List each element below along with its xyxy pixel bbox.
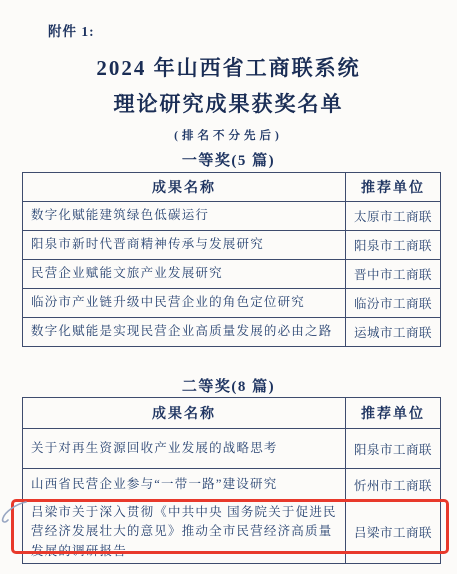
table-row: 民营企业赋能文旅产业发展研究 晋中市工商联 — [23, 260, 441, 289]
recommending-unit-cell: 忻州市工商联 — [346, 469, 441, 501]
recommending-unit-cell: 阳泉市工商联 — [346, 429, 441, 469]
recommending-unit-cell: 晋中市工商联 — [346, 260, 441, 289]
recommending-unit-cell: 临汾市工商联 — [346, 289, 441, 318]
second-prize-table: 成果名称 推荐单位 关于对再生资源回收产业发展的战略思考 阳泉市工商联 山西省民… — [22, 397, 441, 564]
scanned-document-page: 附件 1: 2024 年山西省工商联系统 理论研究成果获奖名单 (排名不分先后)… — [0, 0, 457, 574]
table-row-highlighted: 吕梁市关于深入贯彻《中共中央 国务院关于促进民营经济发展壮大的意见》推动全市民营… — [23, 501, 441, 564]
achievement-name-cell: 山西省民营企业参与“一带一路”建设研究 — [23, 469, 346, 501]
table-row: 阳泉市新时代晋商精神传承与发展研究 阳泉市工商联 — [23, 231, 441, 260]
table-row: 数字化赋能建筑绿色低碳运行 太原市工商联 — [23, 202, 441, 231]
table-row: 临汾市产业链升级中民营企业的角色定位研究 临汾市工商联 — [23, 289, 441, 318]
column-header-recommending-unit: 推荐单位 — [346, 398, 441, 429]
table-row: 山西省民营企业参与“一带一路”建设研究 忻州市工商联 — [23, 469, 441, 501]
recommending-unit-cell: 吕梁市工商联 — [346, 501, 441, 564]
achievement-name-cell: 临汾市产业链升级中民营企业的角色定位研究 — [23, 289, 346, 318]
achievement-name-cell: 数字化赋能是实现民营企业高质量发展的必由之路 — [23, 318, 346, 347]
first-prize-section-title: 一等奖(5 篇) — [0, 149, 457, 170]
achievement-name-cell: 阳泉市新时代晋商精神传承与发展研究 — [23, 231, 346, 260]
column-header-recommending-unit: 推荐单位 — [346, 173, 441, 202]
first-prize-table: 成果名称 推荐单位 数字化赋能建筑绿色低碳运行 太原市工商联 阳泉市新时代晋商精… — [22, 172, 441, 347]
column-header-achievement-name: 成果名称 — [23, 398, 346, 429]
table-row: 数字化赋能是实现民营企业高质量发展的必由之路 运城市工商联 — [23, 318, 441, 347]
recommending-unit-cell: 运城市工商联 — [346, 318, 441, 347]
table-header-row: 成果名称 推荐单位 — [23, 173, 441, 202]
recommending-unit-cell: 阳泉市工商联 — [346, 231, 441, 260]
second-prize-section-title: 二等奖(8 篇) — [0, 375, 457, 396]
document-title-line1: 2024 年山西省工商联系统 — [0, 52, 457, 82]
achievement-name-cell: 关于对再生资源回收产业发展的战略思考 — [23, 429, 346, 469]
attachment-label: 附件 1: — [48, 20, 95, 40]
recommending-unit-cell: 太原市工商联 — [346, 202, 441, 231]
achievement-name-cell: 数字化赋能建筑绿色低碳运行 — [23, 202, 346, 231]
achievement-name-cell: 民营企业赋能文旅产业发展研究 — [23, 260, 346, 289]
document-subtitle: (排名不分先后) — [0, 127, 457, 143]
column-header-achievement-name: 成果名称 — [23, 173, 346, 202]
document-title-line2: 理论研究成果获奖名单 — [0, 88, 457, 118]
table-header-row: 成果名称 推荐单位 — [23, 398, 441, 429]
table-row: 关于对再生资源回收产业发展的战略思考 阳泉市工商联 — [23, 429, 441, 469]
achievement-name-cell: 吕梁市关于深入贯彻《中共中央 国务院关于促进民营经济发展壮大的意见》推动全市民营… — [23, 501, 346, 564]
